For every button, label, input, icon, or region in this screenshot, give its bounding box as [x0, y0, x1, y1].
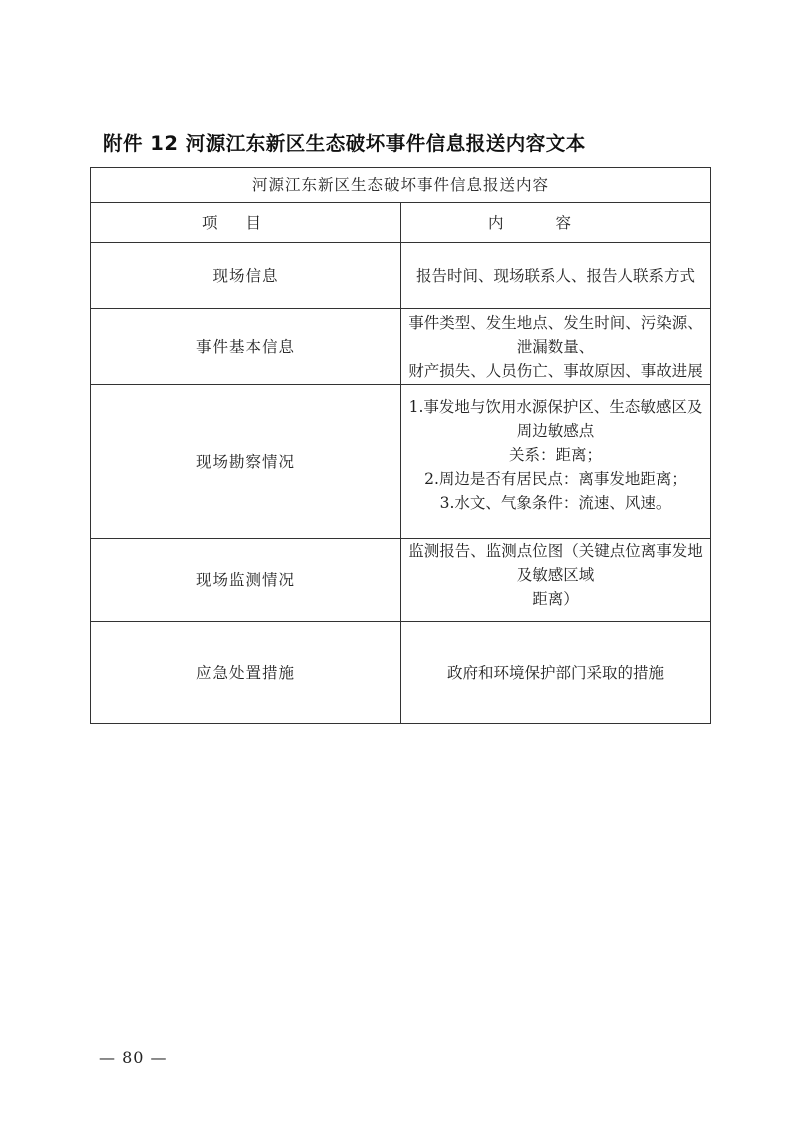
row-content: 报告时间、现场联系人、报告人联系方式 [401, 243, 711, 309]
table-caption: 河源江东新区生态破坏事件信息报送内容 [91, 168, 711, 203]
row-content: 政府和环境保护部门采取的措施 [401, 622, 711, 724]
header-item-label: 项目 [202, 214, 289, 232]
table-row: 现场勘察情况 1.事发地与饮用水源保护区、生态敏感区及周边敏感点 关系：距离； … [91, 385, 711, 539]
row-content: 监测报告、监测点位图（关键点位离事发地及敏感区域 距离） [401, 539, 711, 622]
table-row: 现场监测情况 监测报告、监测点位图（关键点位离事发地及敏感区域 距离） [91, 539, 711, 622]
content-line: 监测报告、监测点位图（关键点位离事发地及敏感区域 [407, 539, 704, 587]
report-content-table: 河源江东新区生态破坏事件信息报送内容 项目 内容 现场信息 报告时间、现场联系人… [90, 167, 711, 724]
table-caption-row: 河源江东新区生态破坏事件信息报送内容 [91, 168, 711, 203]
content-line: 1.事发地与饮用水源保护区、生态敏感区及周边敏感点 [407, 395, 704, 443]
page-number: — 80 — [99, 1048, 168, 1067]
row-item-label: 现场监测情况 [91, 539, 401, 622]
table-row: 事件基本信息 事件类型、发生地点、发生时间、污染源、泄漏数量、 财产损失、人员伤… [91, 309, 711, 385]
row-content: 事件类型、发生地点、发生时间、污染源、泄漏数量、 财产损失、人员伤亡、事故原因、… [401, 309, 711, 385]
header-item: 项目 [91, 203, 401, 243]
content-line: 距离） [407, 587, 704, 611]
row-item-label: 现场信息 [91, 243, 401, 309]
content-line: 关系：距离； [407, 443, 704, 467]
table-row: 现场信息 报告时间、现场联系人、报告人联系方式 [91, 243, 711, 309]
content-line: 3.水文、气象条件：流速、风速。 [407, 491, 704, 515]
content-line: 财产损失、人员伤亡、事故原因、事故进展 [407, 359, 704, 383]
row-item-label: 现场勘察情况 [91, 385, 401, 539]
document-title: 附件 12 河源江东新区生态破坏事件信息报送内容文本 [103, 128, 586, 156]
row-item-label: 应急处置措施 [91, 622, 401, 724]
header-content-label: 内容 [488, 214, 623, 232]
content-line: 事件类型、发生地点、发生时间、污染源、泄漏数量、 [407, 311, 704, 359]
header-content: 内容 [401, 203, 711, 243]
content-line: 报告时间、现场联系人、报告人联系方式 [407, 264, 704, 288]
table-header-row: 项目 内容 [91, 203, 711, 243]
table-row: 应急处置措施 政府和环境保护部门采取的措施 [91, 622, 711, 724]
content-line: 2.周边是否有居民点：离事发地距离； [407, 467, 704, 491]
row-content: 1.事发地与饮用水源保护区、生态敏感区及周边敏感点 关系：距离； 2.周边是否有… [401, 385, 711, 539]
content-line: 政府和环境保护部门采取的措施 [407, 661, 704, 685]
row-item-label: 事件基本信息 [91, 309, 401, 385]
